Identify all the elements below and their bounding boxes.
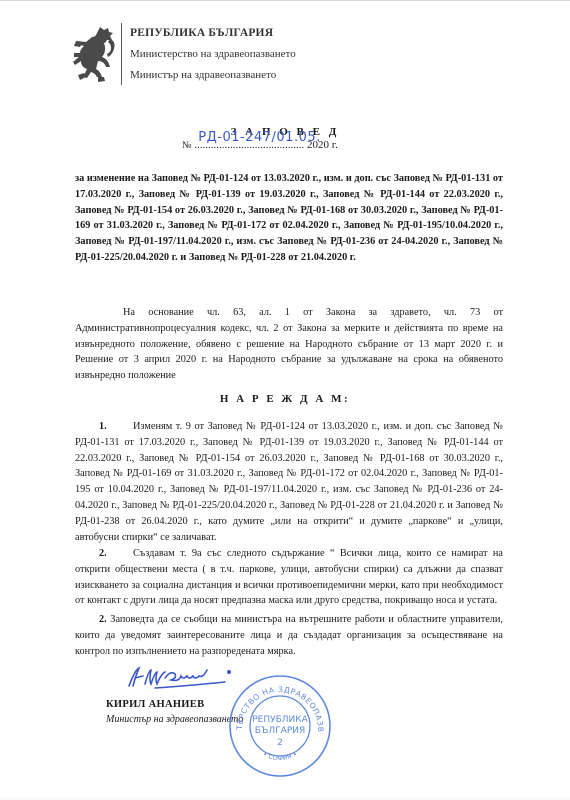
header-ministry: Министерство на здравеопазването bbox=[130, 48, 296, 60]
header-divider bbox=[121, 23, 122, 85]
legal-basis: На основание чл. 63, ал. 1 от Закона за … bbox=[75, 305, 503, 384]
order-item-number: 2. bbox=[75, 546, 133, 562]
lion-crest-icon bbox=[70, 23, 120, 85]
order-item-number: 2. bbox=[75, 612, 107, 628]
header-country: РЕПУБЛИКА БЪЛГАРИЯ bbox=[130, 27, 296, 39]
order-item-1: 1.Изменям т. 9 от Заповед № РД-01-124 от… bbox=[75, 419, 503, 545]
order-item-2: 2.Създавам т. 9а със следното съдържание… bbox=[75, 546, 503, 609]
legal-basis-text: На основание чл. 63, ал. 1 от Закона за … bbox=[75, 307, 503, 381]
document-subject: за изменение на Заповед № РД-01-124 от 1… bbox=[75, 171, 503, 266]
order-item-text: Изменям т. 9 от Заповед № РД-01-124 от 1… bbox=[75, 421, 503, 543]
signature-icon bbox=[125, 664, 235, 692]
header-minister: Министър на здравеопазването bbox=[130, 69, 296, 81]
svg-text:2: 2 bbox=[277, 738, 283, 748]
signer-name: КИРИЛ АНАНИЕВ bbox=[106, 699, 204, 710]
signer-role: Министър на здравеопазването bbox=[106, 714, 243, 725]
handwritten-number: РД-01-247/01.05. bbox=[198, 130, 320, 145]
svg-text:БЪЛГАРИЯ: БЪЛГАРИЯ bbox=[255, 726, 306, 736]
document-number-line: № ......................................… bbox=[182, 139, 338, 151]
order-item-number: 1. bbox=[75, 419, 133, 435]
order-item-text: Заповедта да се съобщи на министъра на в… bbox=[75, 614, 503, 657]
number-sign: № bbox=[182, 140, 192, 151]
order-item-3: 2. Заповедта да се съобщи на министъра н… bbox=[75, 612, 503, 659]
document-page: РЕПУБЛИКА БЪЛГАРИЯ Министерство на здрав… bbox=[0, 0, 570, 800]
order-item-text: Създавам т. 9а със следното съдържание “… bbox=[75, 548, 503, 606]
order-heading: Н А Р Е Ж Д А М: bbox=[0, 393, 570, 405]
svg-text:• СОФИЯ •: • СОФИЯ • bbox=[262, 750, 299, 762]
official-stamp-icon: МИНИСТЕРСТВО НА ЗДРАВЕОПАЗВАНЕТО • СОФИЯ… bbox=[226, 672, 334, 780]
svg-text:РЕПУБЛИКА: РЕПУБЛИКА bbox=[252, 715, 308, 725]
